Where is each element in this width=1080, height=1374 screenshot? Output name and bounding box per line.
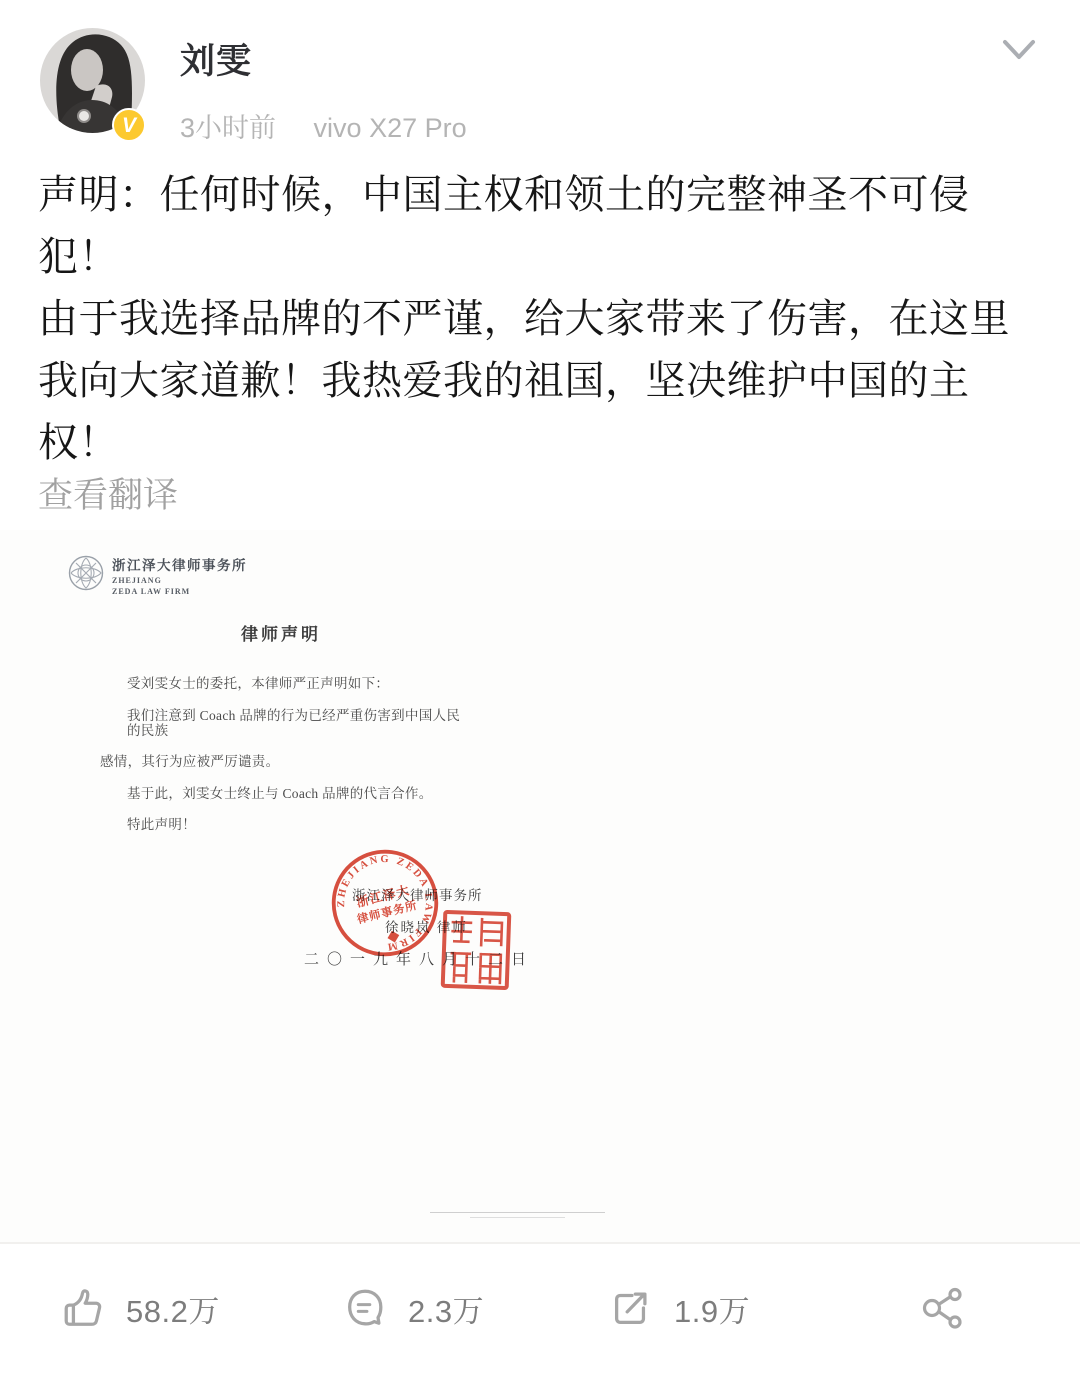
timestamp: 3小时前 [180, 113, 276, 143]
firm-name-en-2: ZEDA LAW FIRM [112, 587, 247, 596]
action-bar: 58.2万 2.3万 1.9万 [0, 1244, 1080, 1372]
document-body-line: 感情，其行为应被严厉谴责。 [100, 754, 468, 769]
firm-name-cn: 浙江泽大律师事务所 [112, 554, 247, 574]
verified-badge-icon: V [112, 108, 146, 142]
device-source: vivo X27 Pro [314, 113, 467, 143]
post-meta: 3小时前 vivo X27 Pro [180, 106, 467, 145]
law-firm-letterhead: 浙江泽大律师事务所 ZHEJIANG ZEDA LAW FIRM [112, 554, 247, 596]
document-footer-fineprint [430, 1212, 605, 1218]
share-nodes-icon [918, 1284, 966, 1332]
document-body-line: 基于此，刘雯女士终止与 Coach 品牌的代言合作。 [100, 786, 468, 801]
username[interactable]: 刘雯 [180, 34, 252, 84]
comment-count: 2.3万 [408, 1286, 484, 1331]
forward-count: 1.9万 [674, 1286, 750, 1331]
share-button[interactable] [918, 1244, 966, 1372]
post-header: V 刘雯 3小时前 vivo X27 Pro [0, 0, 1080, 140]
comment-icon [342, 1285, 388, 1331]
chevron-down-icon[interactable] [1002, 38, 1036, 62]
firm-name-en-1: ZHEJIANG [112, 576, 247, 585]
document-body-line: 我们注意到 Coach 品牌的行为已经严重伤害到中国人民的民族 [100, 708, 468, 738]
weibo-post-card: V 刘雯 3小时前 vivo X27 Pro 声明：任何时候，中国主权和领土的完… [0, 0, 1080, 1374]
document-body-line: 特此声明！ [100, 817, 468, 832]
document-body: 受刘雯女士的委托，本律师严正声明如下： 我们注意到 Coach 品牌的行为已经严… [100, 676, 468, 849]
thumbs-up-icon [60, 1285, 106, 1331]
post-text: 声明：任何时候，中国主权和领土的完整神圣不可侵 犯！ 由于我选择品牌的不严谨，给… [38, 164, 1042, 474]
document-title: 律师声明 [100, 620, 462, 645]
document-body-line: 受刘雯女士的委托，本律师严正声明如下： [100, 676, 468, 691]
like-count: 58.2万 [126, 1286, 220, 1331]
user-avatar[interactable]: V [40, 28, 145, 133]
forward-button[interactable]: 1.9万 [608, 1244, 750, 1372]
square-lawyer-seal-icon [440, 909, 513, 991]
comment-button[interactable]: 2.3万 [342, 1244, 484, 1372]
attached-document-image[interactable]: 浙江泽大律师事务所 ZHEJIANG ZEDA LAW FIRM 律师声明 受刘… [0, 530, 1080, 1242]
like-button[interactable]: 58.2万 [60, 1244, 220, 1372]
translate-link[interactable]: 查看翻译 [38, 474, 1042, 518]
forward-arrow-icon [608, 1285, 654, 1331]
law-firm-logo-icon [67, 554, 105, 592]
